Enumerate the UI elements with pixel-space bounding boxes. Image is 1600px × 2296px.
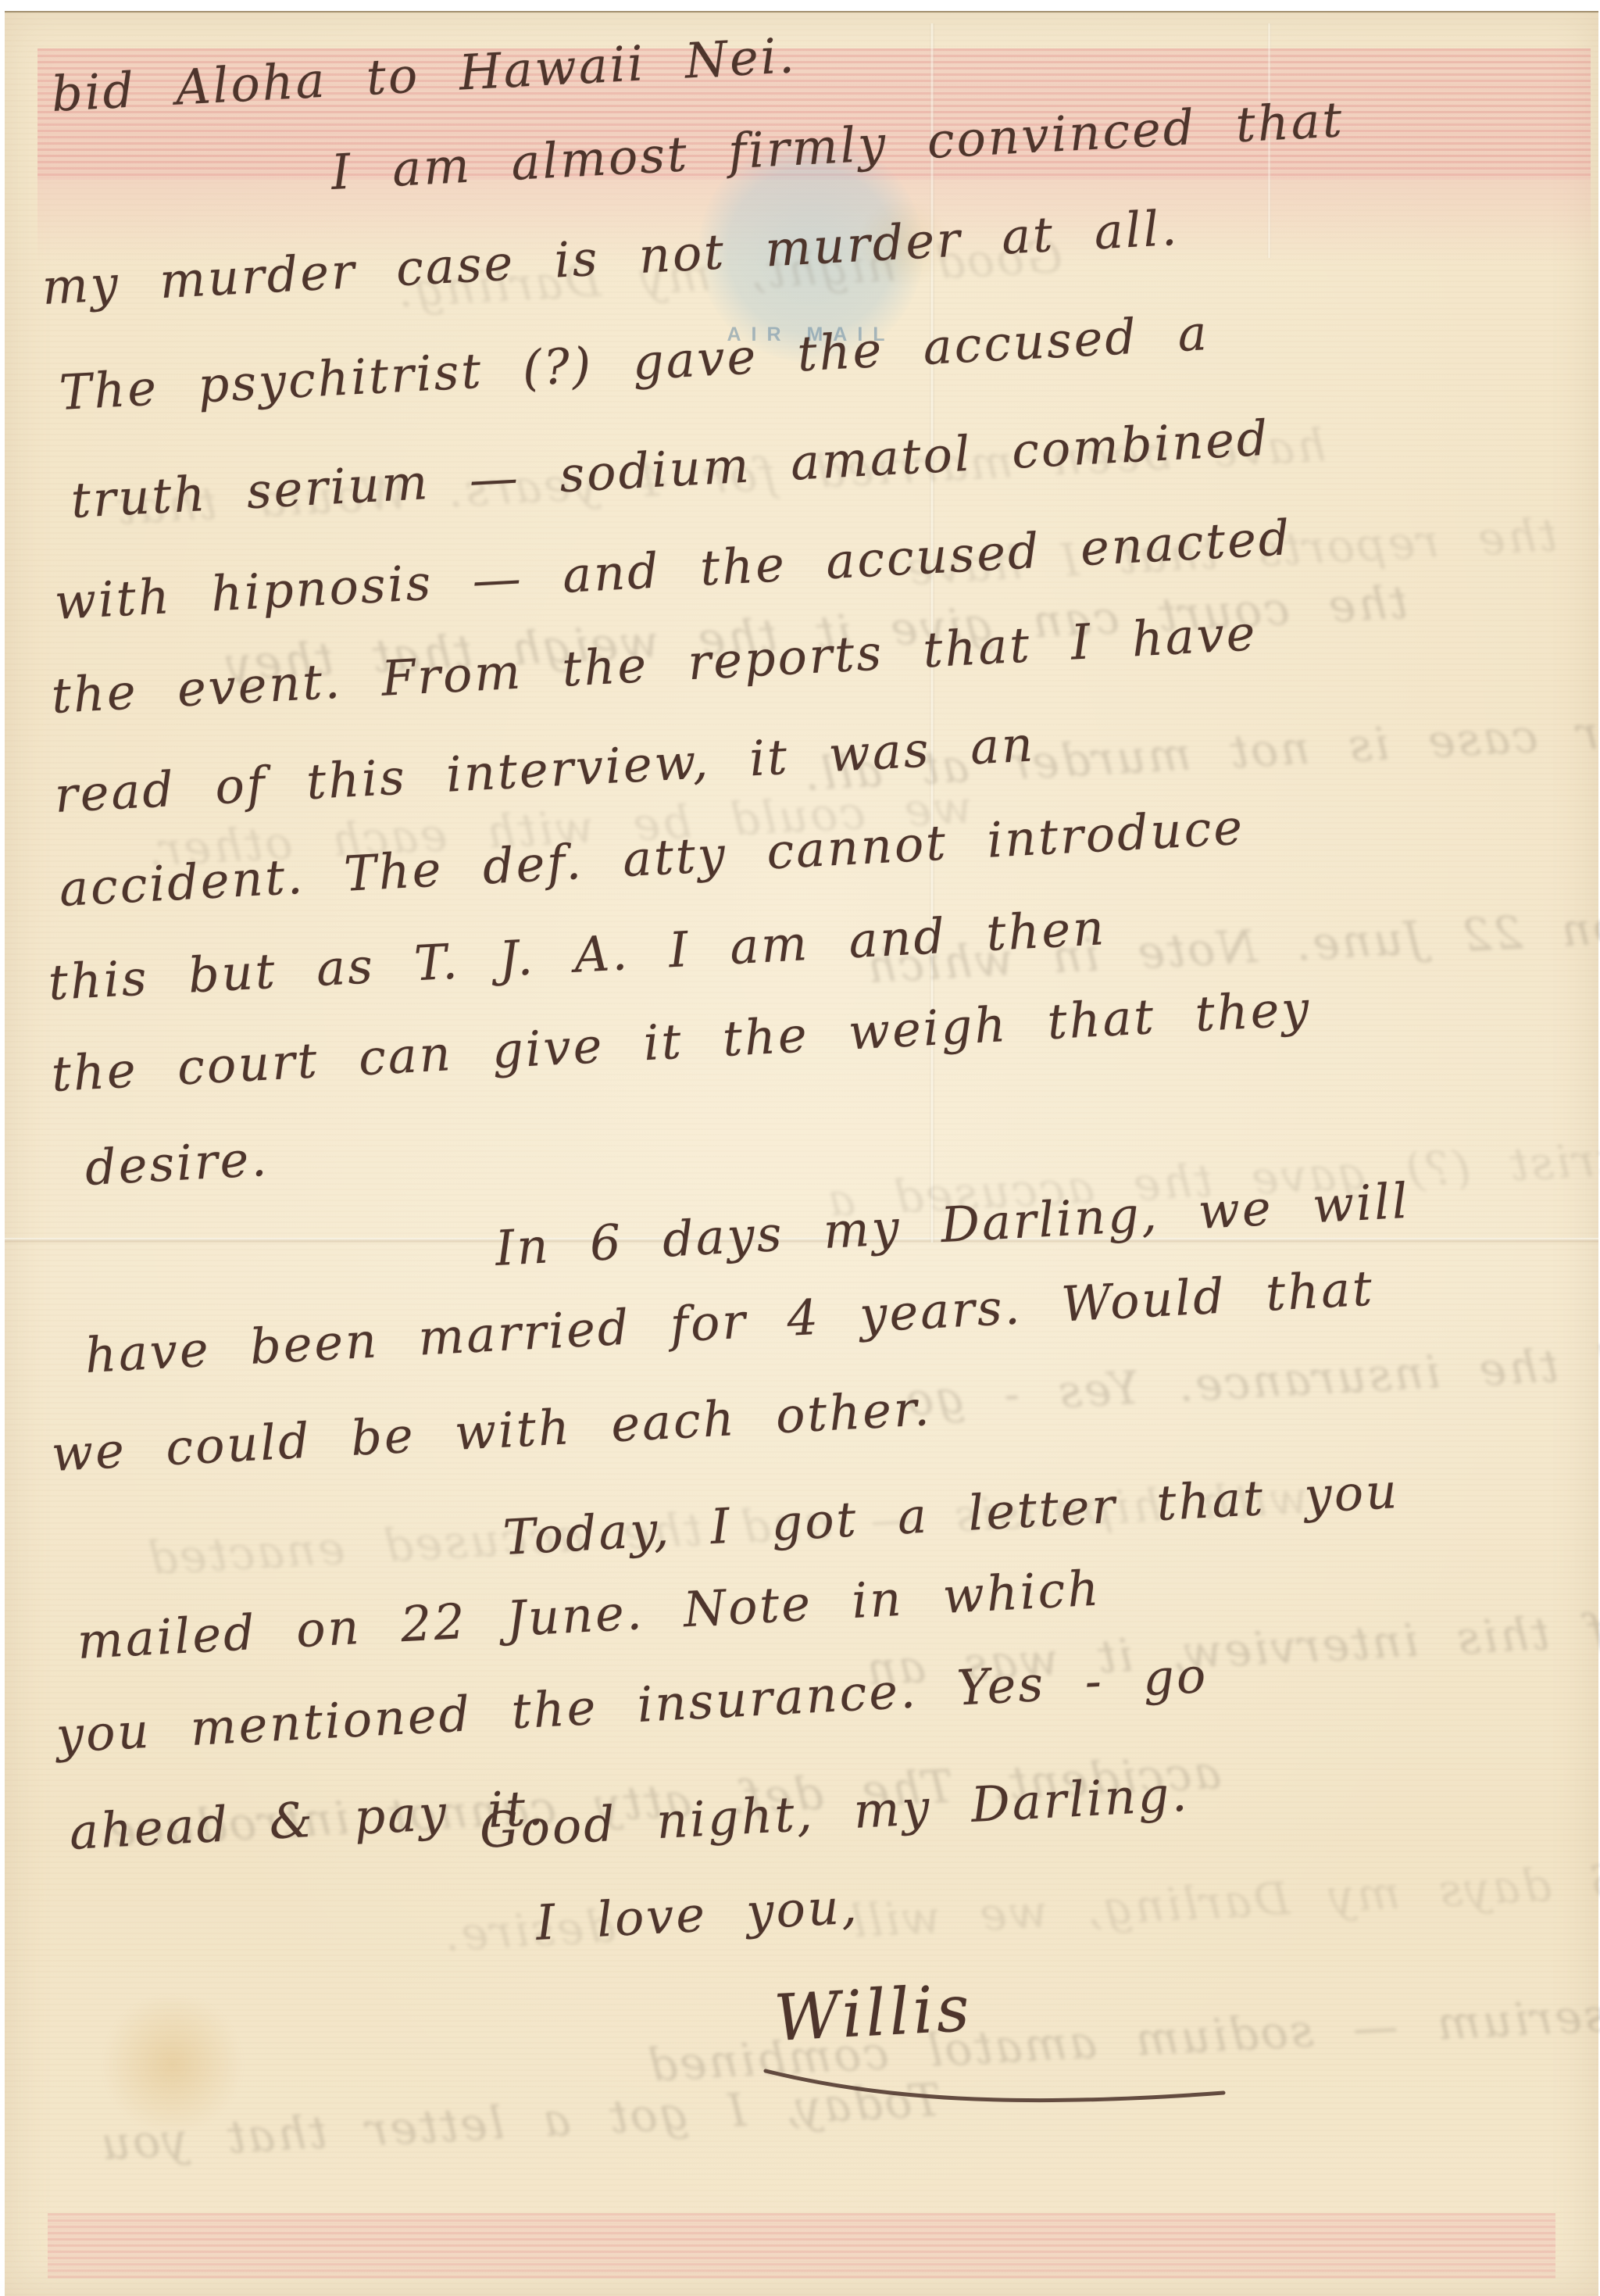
letter-line: The psychitrist (?) gave the accused a <box>58 304 1210 421</box>
letter-line: I love you, <box>534 1877 860 1951</box>
letter-page: AIR MAIL Good night, my Darling. have be… <box>5 11 1598 2296</box>
letter-line: Today, I got a letter that you <box>502 1462 1401 1566</box>
letter-line: ahead & pay it. <box>68 1779 547 1861</box>
pink-band-bottom <box>48 2213 1555 2279</box>
letter-line: you mentioned the insurance. Yes - go <box>55 1647 1209 1764</box>
letter-line: truth serium — sodium amatol combined <box>70 409 1271 529</box>
letter-line: we could be with each other. <box>50 1379 933 1482</box>
bleed-through-line: In 6 days my Darling, we will <box>848 1850 1600 1948</box>
letter-line: I am almost firmly convinced that <box>330 91 1345 201</box>
signature: Willis <box>773 1972 974 2056</box>
letter-line: desire. <box>84 1130 270 1196</box>
letter-line: bid Aloha to Hawaii Nei. <box>50 27 798 123</box>
letter-line: this but as T. J. A. I am and then <box>47 899 1108 1011</box>
